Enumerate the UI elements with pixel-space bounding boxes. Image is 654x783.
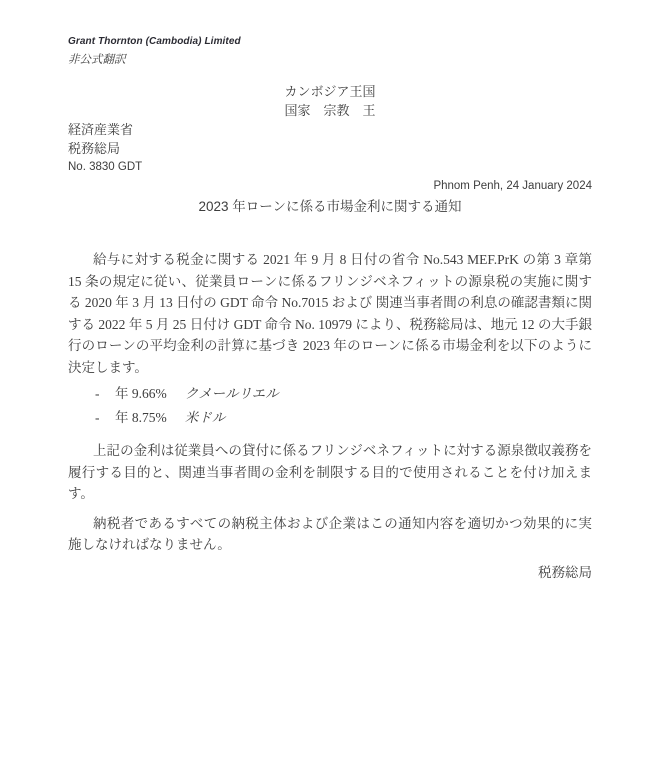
kingdom-motto-line: 国家 宗教 王 xyxy=(68,101,592,120)
body-paragraph-1: 給与に対する税金に関する 2021 年 9 月 8 日付の省令 No.543 M… xyxy=(68,249,592,378)
document-body: 給与に対する税金に関する 2021 年 9 月 8 日付の省令 No.543 M… xyxy=(68,249,592,556)
rate-currency: クメールリエル xyxy=(185,382,279,406)
document-title: 2023 年ローンに係る市場金利に関する通知 xyxy=(68,197,592,217)
dash-bullet: - xyxy=(95,406,115,430)
document-reference-number: No. 3830 GDT xyxy=(68,158,592,176)
letterhead: Grant Thornton (Cambodia) Limited 非公式翻訳 xyxy=(68,34,592,68)
signature-department: 税務総局 xyxy=(68,562,592,583)
issuer-department: 税務総局 xyxy=(68,139,592,158)
rate-item-us-dollar: - 年 8.75% 米ドル xyxy=(95,406,592,430)
unofficial-translation-note: 非公式翻訳 xyxy=(68,52,592,68)
rate-item-khmer-riel: - 年 9.66% クメールリエル xyxy=(95,382,592,406)
letterhead-company-name: Grant Thornton (Cambodia) Limited xyxy=(68,34,592,50)
rate-currency: 米ドル xyxy=(185,406,226,430)
rate-value: 年 8.75% xyxy=(115,406,167,430)
dateline: Phnom Penh, 24 January 2024 xyxy=(68,176,592,196)
notice-document-page: Grant Thornton (Cambodia) Limited 非公式翻訳 … xyxy=(0,0,654,783)
issuer-ministry: 経済産業省 xyxy=(68,120,592,139)
kingdom-country-line: カンボジア王国 xyxy=(68,82,592,101)
kingdom-header: カンボジア王国 国家 宗教 王 xyxy=(68,82,592,120)
issuing-authority: 経済産業省 税務総局 No. 3830 GDT xyxy=(68,120,592,176)
body-paragraph-3: 納税者であるすべての納税主体および企業はこの通知内容を適切かつ効果的に実施しなけ… xyxy=(68,513,592,556)
rate-value: 年 9.66% xyxy=(115,382,167,406)
body-paragraph-2: 上記の金利は従業員への貸付に係るフリンジベネフィットに対する源泉徴収義務を履行す… xyxy=(68,440,592,505)
dash-bullet: - xyxy=(95,382,115,406)
interest-rate-list: - 年 9.66% クメールリエル - 年 8.75% 米ドル xyxy=(95,382,592,430)
